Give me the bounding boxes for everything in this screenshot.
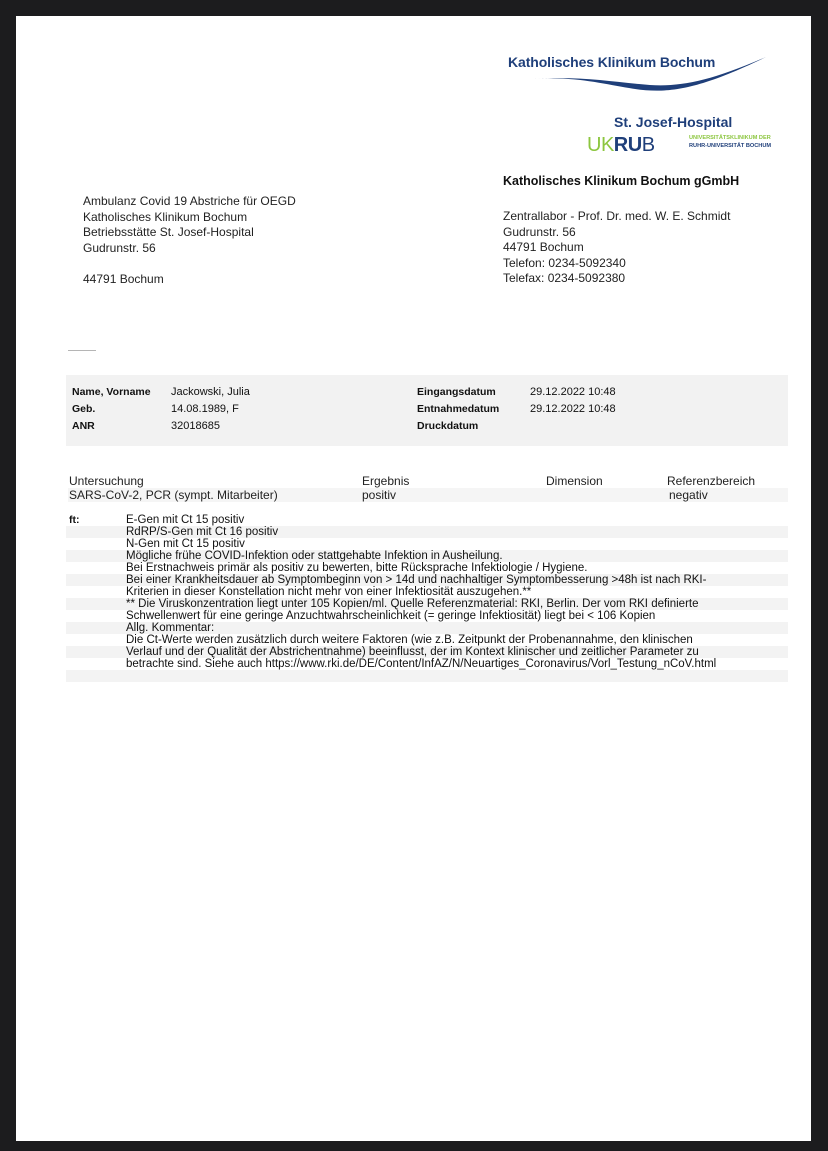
note-line: Bei Erstnachweis primär als positiv zu b… <box>66 562 788 574</box>
recipient-line: Gudrunstr. 56 <box>83 241 296 257</box>
note-line: N-Gen mit Ct 15 positiv <box>66 538 788 550</box>
notes-label: ft: <box>69 514 80 526</box>
header-unit: Dimension <box>546 474 603 488</box>
b-mark: B <box>642 134 655 156</box>
header-reference: Referenzbereich <box>667 474 755 488</box>
note-line: Verlauf und der Qualität der Abstrichent… <box>66 646 788 658</box>
university-line-1: UNIVERSITÄTSKLINIKUM DER <box>689 134 771 142</box>
note-line: ** Die Viruskonzentration liegt unter 10… <box>66 598 788 610</box>
note-line: Schwellenwert für eine geringe Anzuchtwa… <box>66 610 788 622</box>
university-line-2: RUHR-UNIVERSITÄT BOCHUM <box>689 142 771 150</box>
note-line: Die Ct-Werte werden zusätzlich durch wei… <box>66 634 788 646</box>
uk-mark: UK <box>587 134 614 156</box>
note-line: ft: E-Gen mit Ct 15 positiv <box>66 514 788 526</box>
lab-phone: Telefon: 0234-5092340 <box>503 256 730 272</box>
test-reference: negativ <box>669 488 708 502</box>
patient-name-value: Jackowski, Julia <box>171 384 250 401</box>
lab-line: 44791 Bochum <box>503 240 730 256</box>
recipient-line: Katholisches Klinikum Bochum <box>83 210 296 226</box>
anr-value: 32018685 <box>171 418 220 435</box>
lab-company-name: Katholisches Klinikum Bochum gGmbH <box>503 174 739 188</box>
header-result: Ergebnis <box>362 474 409 488</box>
sample-date-value: 29.12.2022 10:48 <box>530 401 616 418</box>
test-result: positiv <box>362 488 396 502</box>
anr-label: ANR <box>72 418 95 435</box>
recipient-address: Ambulanz Covid 19 Abstriche für OEGD Kat… <box>83 194 296 287</box>
recipient-line: Ambulanz Covid 19 Abstriche für OEGD <box>83 194 296 210</box>
test-name: SARS-CoV-2, PCR (sympt. Mitarbeiter) <box>69 488 278 502</box>
findings-notes: ft: E-Gen mit Ct 15 positiv RdRP/S-Gen m… <box>66 514 788 682</box>
print-date-label: Druckdatum <box>417 418 478 435</box>
swoosh-logo-icon <box>534 54 766 98</box>
lab-address: Zentrallabor - Prof. Dr. med. W. E. Schm… <box>503 209 730 287</box>
birthdate-value: 14.08.1989, F <box>171 401 239 418</box>
patient-info-box: Name, Vorname Jackowski, Julia Geb. 14.0… <box>66 375 788 446</box>
ru-mark: RU <box>614 134 642 156</box>
recipient-city: 44791 Bochum <box>83 272 296 288</box>
lab-fax: Telefax: 0234-5092380 <box>503 271 730 287</box>
university-logo-text: UNIVERSITÄTSKLINIKUM DER RUHR-UNIVERSITÄ… <box>689 134 771 150</box>
recipient-line: Betriebsstätte St. Josef-Hospital <box>83 225 296 241</box>
results-table: Untersuchung Ergebnis Dimension Referenz… <box>68 474 788 502</box>
note-line: Kriterien in dieser Konstellation nicht … <box>66 586 788 598</box>
results-header-row: Untersuchung Ergebnis Dimension Referenz… <box>68 474 788 488</box>
lab-line: Zentrallabor - Prof. Dr. med. W. E. Schm… <box>503 209 730 225</box>
sample-date-label: Entnahmedatum <box>417 401 499 418</box>
note-line: Bei einer Krankheitsdauer ab Symptombegi… <box>66 574 788 586</box>
note-line <box>66 670 788 682</box>
table-row: SARS-CoV-2, PCR (sympt. Mitarbeiter) pos… <box>68 488 788 502</box>
birthdate-label: Geb. <box>72 401 95 418</box>
hospital-name-logo: St. Josef-Hospital <box>614 114 732 130</box>
receipt-date-label: Eingangsdatum <box>417 384 496 401</box>
patient-name-label: Name, Vorname <box>72 384 151 401</box>
note-line: Allg. Kommentar: <box>66 622 788 634</box>
receipt-date-value: 29.12.2022 10:48 <box>530 384 616 401</box>
note-line: Mögliche frühe COVID-Infektion oder stat… <box>66 550 788 562</box>
ukrub-logo: UKRUB <box>587 134 655 156</box>
note-line: betrachte sind. Siehe auch https://www.r… <box>66 658 788 670</box>
document-page: Katholisches Klinikum Bochum St. Josef-H… <box>16 16 811 1141</box>
header-test: Untersuchung <box>69 474 144 488</box>
lab-line: Gudrunstr. 56 <box>503 225 730 241</box>
note-line: RdRP/S-Gen mit Ct 16 positiv <box>66 526 788 538</box>
fold-mark-divider <box>68 350 96 351</box>
